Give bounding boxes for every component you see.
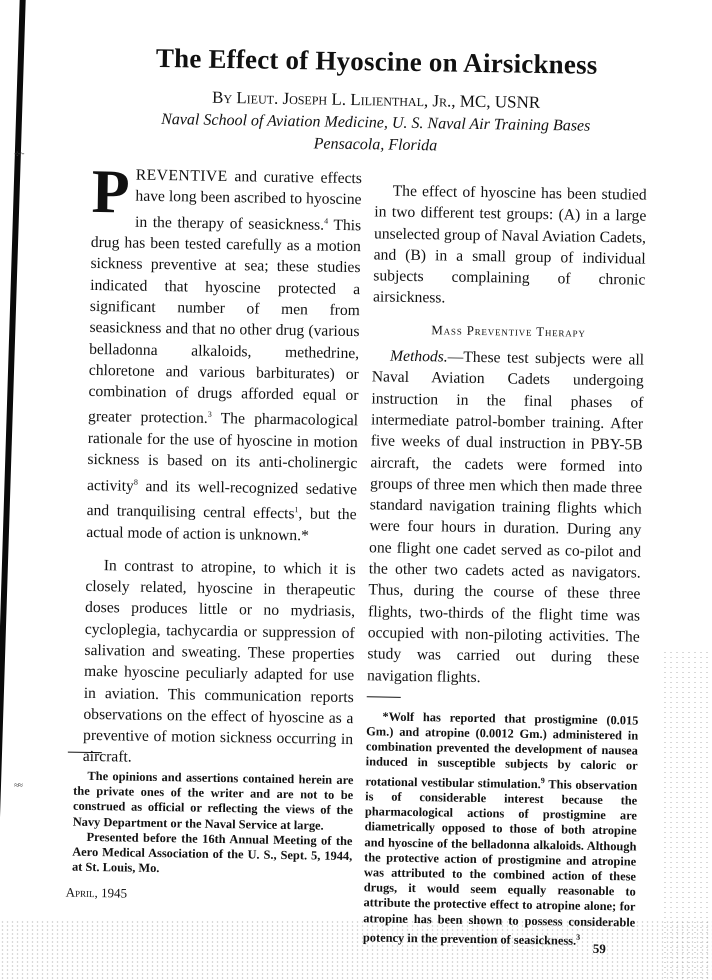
article-title: The Effect of Hyoscine on Airsickness xyxy=(127,42,627,81)
section-heading: Mass Preventive Therapy xyxy=(372,318,644,344)
author-affiliation: Naval School of Aviation Medicine, U. S.… xyxy=(125,108,626,160)
text-span: This observation is of considerable inte… xyxy=(363,777,638,948)
right-column: The effect of hyoscine has been studied … xyxy=(363,180,647,949)
footnote-divider xyxy=(367,696,401,698)
text-span: This drug has been tested carefully as a… xyxy=(88,216,361,427)
reference-mark: 3 xyxy=(576,932,580,941)
lead-word: REVENTIVE xyxy=(136,167,228,185)
issue-month: April, xyxy=(66,885,98,901)
reference-mark: 4 xyxy=(324,216,328,225)
reference-mark: 3 xyxy=(208,410,212,419)
wolf-footnote: *Wolf has reported that prostigmine (0.0… xyxy=(363,709,639,950)
presentation-footnote: Presented before the 16th Annual Meeting… xyxy=(72,829,353,879)
disclaimer-footnote: The opinions and assertions contained he… xyxy=(73,769,354,834)
footnotes-left: The opinions and assertions contained he… xyxy=(72,769,354,880)
left-column: P REVENTIVE and curative effects have lo… xyxy=(83,164,362,772)
study-groups-paragraph: The effect of hyoscine has been studied … xyxy=(373,180,647,312)
contrast-paragraph: In contrast to atropine, to which it is … xyxy=(83,555,356,772)
methods-label: Methods. xyxy=(390,348,448,366)
methods-paragraph: Methods.—These test subjects were all Na… xyxy=(367,345,644,690)
intro-paragraph: P REVENTIVE and curative effects have lo… xyxy=(86,164,362,547)
page-number: 59 xyxy=(593,941,606,957)
footnote-right: *Wolf has reported that prostigmine (0.0… xyxy=(363,709,639,950)
journal-page: The Effect of Hyoscine on Airsickness By… xyxy=(0,0,712,980)
drop-cap: P xyxy=(91,166,130,219)
issue-date: April, 1945 xyxy=(66,885,128,902)
methods-text: —These test subjects were all Naval Avia… xyxy=(367,349,644,686)
reference-mark: 8 xyxy=(134,477,138,486)
issue-year: 1945 xyxy=(101,885,127,900)
